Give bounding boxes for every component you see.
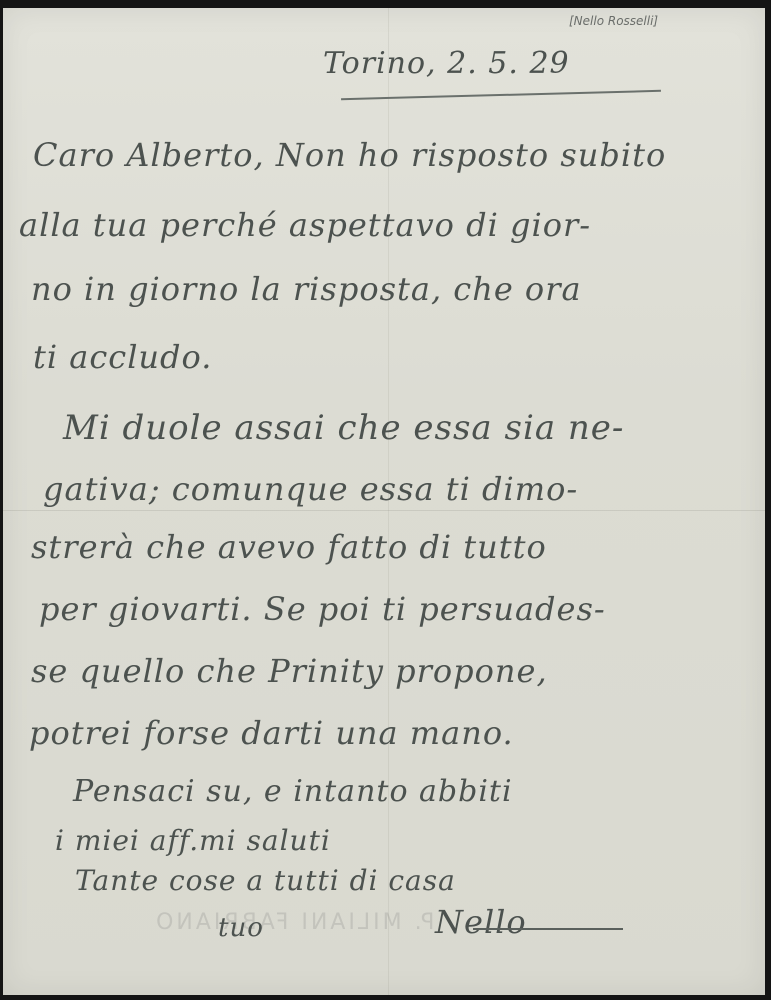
letter-line: alla tua perché aspettavo di gior-	[19, 206, 591, 244]
letter-line: i miei aff.mi saluti	[55, 824, 331, 857]
letter-line: Mi duole assai che essa sia ne-	[63, 408, 624, 448]
date-underline	[341, 90, 661, 100]
letter-line: Caro Alberto, Non ho risposto subito	[33, 136, 666, 174]
signature: Nello	[435, 903, 527, 941]
letter-line: ti accludo.	[33, 338, 212, 376]
closing: tuo	[218, 913, 264, 943]
signature-flourish	[473, 928, 623, 930]
paper-watermark: P. MILIANI FABRIANO	[153, 910, 434, 935]
letter-line: se quello che Prinity propone,	[31, 652, 548, 690]
letter-line: strerà che avevo fatto di tutto	[31, 528, 547, 566]
letter-line: gativa; comunque essa ti dimo-	[43, 470, 578, 508]
archive-note: [Nello Rosselli]	[569, 14, 658, 28]
letter-line: potrei forse darti una mano.	[29, 714, 514, 752]
fold-crease-horizontal	[3, 510, 765, 511]
letter-line: Pensaci su, e intanto abbiti	[73, 774, 513, 809]
letter-line: no in giorno la risposta, che ora	[31, 270, 582, 308]
letter-paper: [Nello Rosselli] Torino, 2. 5. 29 Caro A…	[3, 8, 765, 995]
letter-line: Tante cose a tutti di casa	[75, 864, 456, 897]
letter-line: per giovarti. Se poi ti persuades-	[39, 590, 606, 628]
place-date: Torino, 2. 5. 29	[323, 46, 570, 81]
